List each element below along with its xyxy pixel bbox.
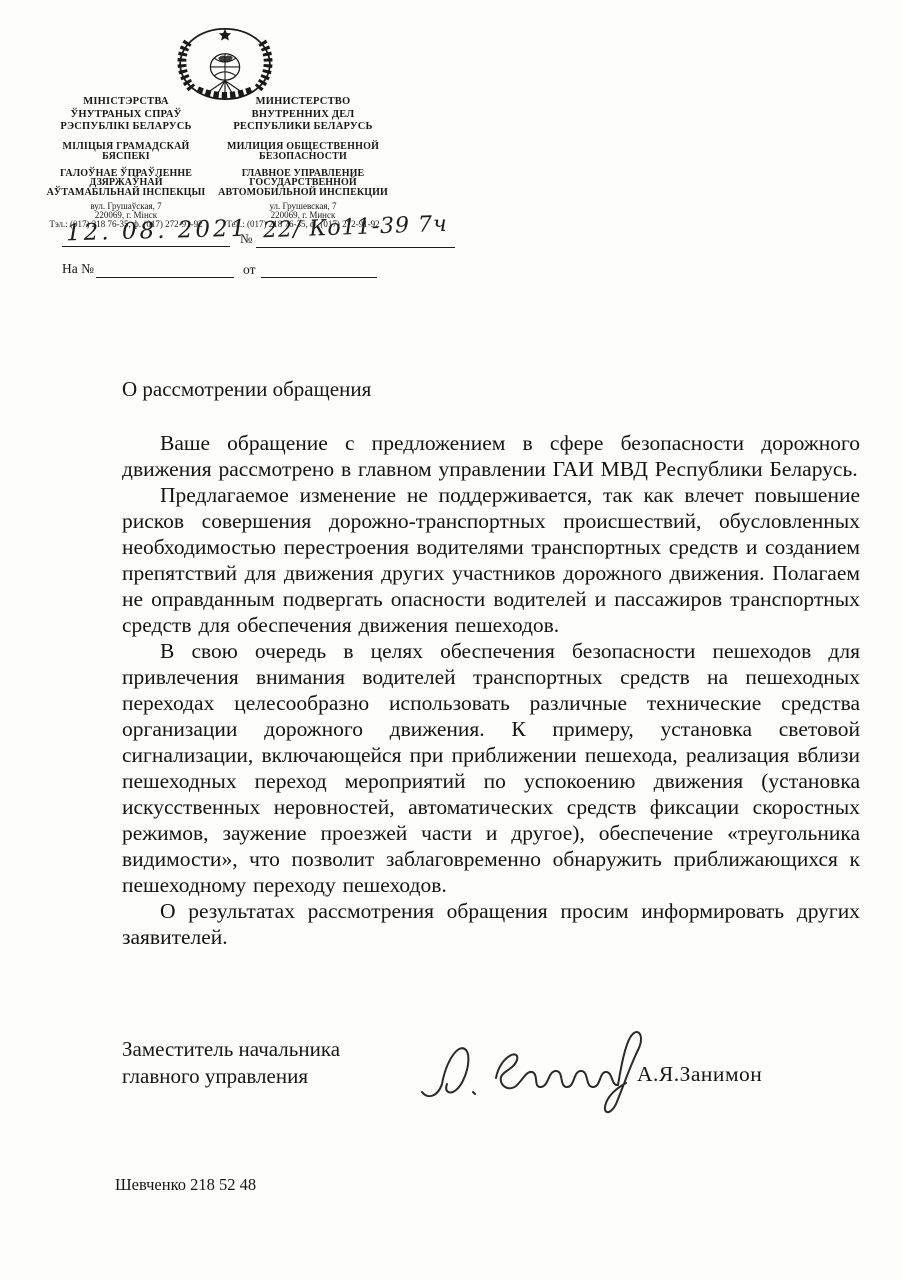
letterhead-belarusian-column: МІНІСТЭРСТВА ЎНУТРАНЫХ СПРАЎ РЭСПУБЛІКІ … — [40, 96, 212, 229]
letter-body: Ваше обращение с предложением в сфере бе… — [122, 430, 860, 950]
signer-name: А.Я.Занимон — [637, 1062, 762, 1087]
letterhead-line: МІНІСТЭРСТВА — [40, 96, 212, 109]
incoming-number-label: На № — [62, 261, 94, 277]
handwritten-signature-icon — [418, 1024, 656, 1118]
letter-subject: О рассмотрении обращения — [122, 377, 371, 402]
letterhead-line: РЭСПУБЛІКІ БЕЛАРУСЬ — [40, 121, 212, 134]
letterhead-line: АЎТАМАБІЛЬНАЙ ІНСПЕКЦЫІ — [40, 188, 212, 198]
paragraph-4: О результатах рассмотрения обращения про… — [122, 898, 860, 950]
letterhead-line: БЯСПЕКІ — [40, 152, 212, 163]
department-name-ru: ГЛАВНОЕ УПРАВЛЕНИЕ ГОСУДАРСТВЕННОЙ АВТОМ… — [208, 169, 398, 198]
handwritten-date: 12. 08. 2021 — [66, 216, 249, 247]
letterhead-russian-column: МИНИСТЕРСТВО ВНУТРЕННИХ ДЕЛ РЕСПУБЛИКИ Б… — [208, 96, 398, 229]
number-underline — [256, 247, 455, 248]
letterhead-line: РЕСПУБЛИКИ БЕЛАРУСЬ — [208, 121, 398, 134]
handwritten-outgoing-number: 22/ Ко11-39 7ч — [263, 212, 449, 243]
letterhead-line: МИНИСТЕРСТВО — [208, 96, 398, 109]
incoming-number-underline — [96, 277, 234, 278]
letterhead-line: АВТОМОБИЛЬНОЙ ИНСПЕКЦИИ — [208, 188, 398, 198]
ministry-name-by: МІНІСТЭРСТВА ЎНУТРАНЫХ СПРАЎ РЭСПУБЛІКІ … — [40, 96, 212, 134]
from-date-underline — [261, 277, 377, 278]
paragraph-3: В свою очередь в целях обеспечения безоп… — [122, 638, 860, 898]
paragraph-2: Предлагаемое изменение не поддерживается… — [122, 482, 860, 638]
ministry-name-ru: МИНИСТЕРСТВО ВНУТРЕННИХ ДЕЛ РЕСПУБЛИКИ Б… — [208, 96, 398, 134]
division-name-ru: МИЛИЦИЯ ОБЩЕСТВЕННОЙ БЕЗОПАСНОСТИ — [208, 142, 398, 163]
letterhead-line: ВНУТРЕННИХ ДЕЛ — [208, 109, 398, 122]
letterhead-line: ЎНУТРАНЫХ СПРАЎ — [40, 109, 212, 122]
belarus-coat-of-arms-icon — [176, 26, 274, 104]
executor-contact: Шевченко 218 52 48 — [115, 1175, 256, 1195]
number-sign-label: № — [240, 231, 252, 247]
division-name-by: МІЛІЦЫЯ ГРАМАДСКАЙ БЯСПЕКІ — [40, 142, 212, 163]
signer-position-line2: главного управления — [122, 1063, 340, 1090]
paragraph-1: Ваше обращение с предложением в сфере бе… — [122, 430, 860, 482]
from-date-label: от — [243, 262, 255, 278]
letterhead-line: БЕЗОПАСНОСТИ — [208, 152, 398, 163]
signer-position: Заместитель начальника главного управлен… — [122, 1036, 340, 1090]
signer-position-line1: Заместитель начальника — [122, 1036, 340, 1063]
star-icon — [219, 29, 231, 41]
scanned-letter-page: МІНІСТЭРСТВА ЎНУТРАНЫХ СПРАЎ РЭСПУБЛІКІ … — [0, 0, 902, 1280]
date-underline — [62, 246, 230, 247]
department-name-by: ГАЛОЎНАЕ ЎПРАЎЛЕННЕ ДЗЯРЖАЎНАЙ АЎТАМАБІЛ… — [40, 169, 212, 198]
